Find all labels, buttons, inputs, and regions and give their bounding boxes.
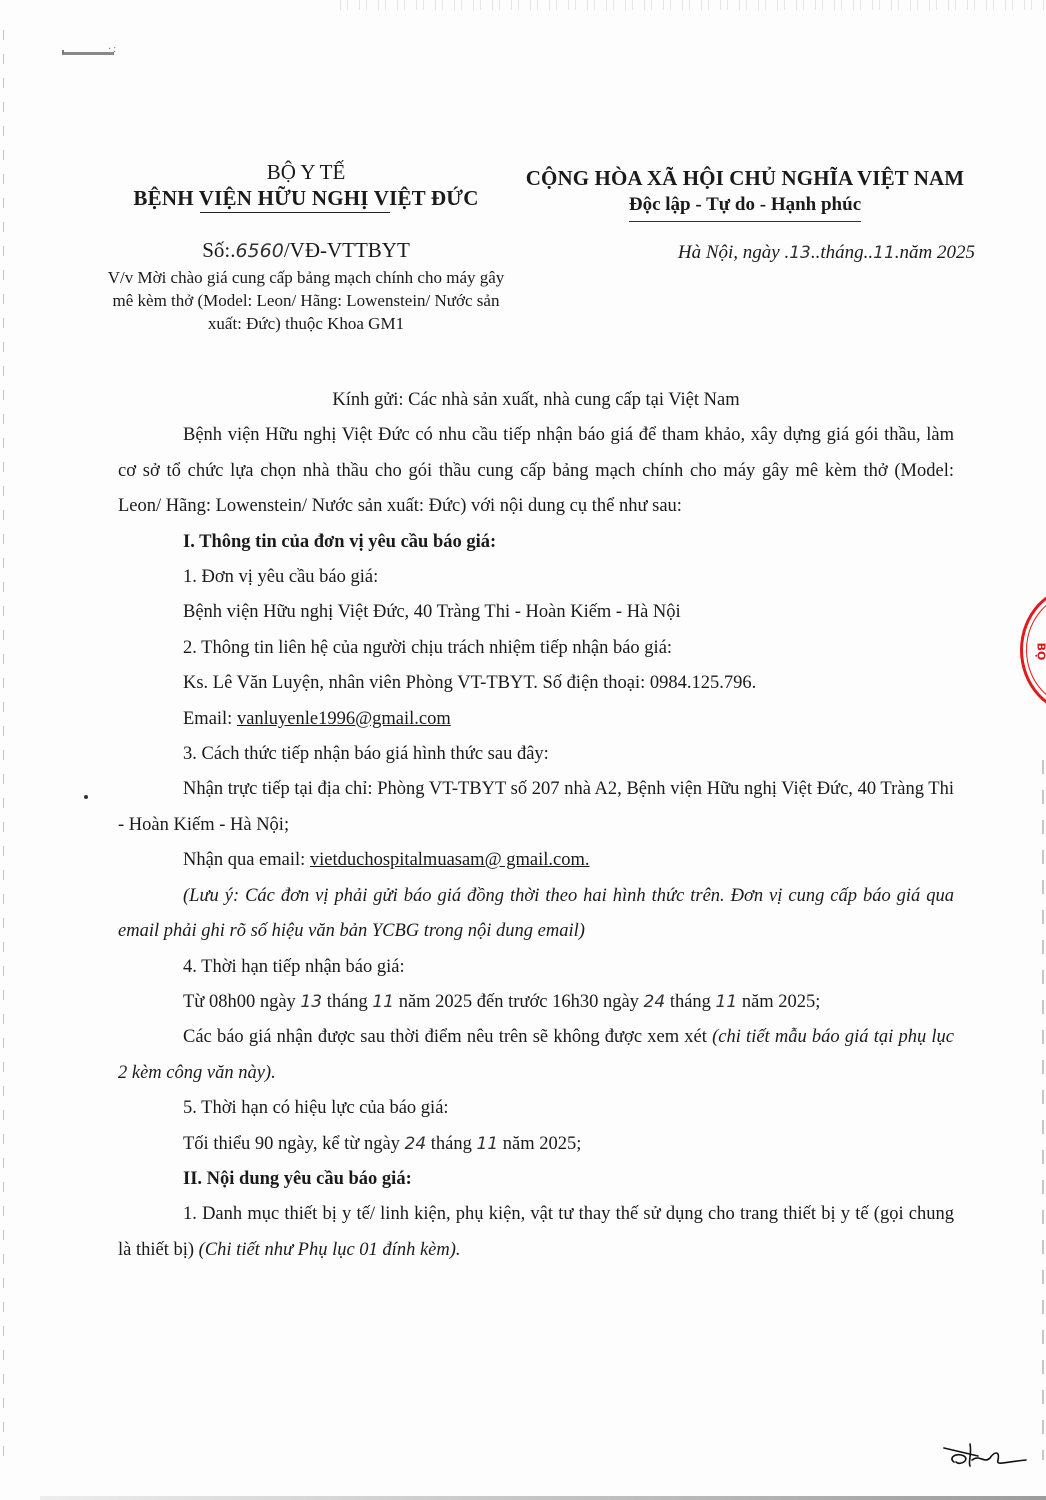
item-1-label: 1. Đơn vị yêu cầu báo giá:: [118, 560, 954, 595]
text-segment: tháng: [426, 1134, 476, 1154]
handwritten-validity-day: 24: [405, 1134, 427, 1154]
item-3-direct: Nhận trực tiếp tại địa chỉ: Phòng VT-TBY…: [118, 772, 954, 843]
item-2-email-line: Email: vanluyenle1996@gmail.com: [118, 702, 954, 737]
intro-paragraph: Bệnh viện Hữu nghị Việt Đức có nhu cầu t…: [118, 418, 954, 524]
national-header: CỘNG HÒA XÃ HỘI CHỦ NGHĨA VIỆT NAM Độc l…: [505, 164, 985, 222]
section-1-title: I. Thông tin của đơn vị yêu cầu báo giá:: [118, 525, 954, 560]
ministry-name: BỘ Y TẾ: [96, 160, 516, 184]
hospital-underline: [200, 212, 390, 213]
handwritten-day-from: 13: [300, 992, 322, 1012]
scan-artifact-bottom: [40, 1496, 1046, 1500]
text-segment: Tối thiểu 90 ngày, kể từ ngày: [183, 1134, 405, 1154]
date-day-handwritten: 13: [789, 243, 811, 263]
scan-corner-mark: [62, 50, 114, 55]
document-subject: V/v Mời chào giá cung cấp bảng mạch chín…: [96, 266, 516, 335]
handwritten-day-to: 24: [644, 992, 666, 1012]
date-month-handwritten: 11: [873, 243, 895, 263]
document-number-handwritten: 6560: [235, 240, 283, 262]
scan-corner-dots: ·:: [108, 44, 118, 55]
text-segment: Các báo giá nhận được sau thời điểm nêu …: [183, 1027, 712, 1047]
text-segment: tháng: [665, 992, 715, 1012]
scan-artifact-left: [3, 30, 4, 1470]
handwritten-validity-month: 11: [477, 1134, 499, 1154]
contact-email-link[interactable]: vanluyenle1996@gmail.com: [237, 709, 451, 729]
item-3-label: 3. Cách thức tiếp nhận báo giá hình thức…: [118, 737, 954, 772]
email-label: Nhận qua email:: [183, 850, 310, 870]
recipient-line: Kính gửi: Các nhà sản xuất, nhà cung cấp…: [118, 383, 954, 418]
national-motto: Độc lập - Tự do - Hạnh phúc: [629, 192, 861, 222]
item-2-contact: Ks. Lê Văn Luyện, nhân viên Phòng VT-TBY…: [118, 666, 954, 701]
document-body: Kính gửi: Các nhà sản xuất, nhà cung cấp…: [118, 383, 954, 1268]
month-label: ..tháng..: [811, 242, 873, 263]
submission-email-link[interactable]: vietduchospitalmuasam@ gmail.com.: [310, 850, 590, 870]
text-segment: năm 2025;: [737, 992, 820, 1012]
section-2-item-1: 1. Danh mục thiết bị y tế/ linh kiện, ph…: [118, 1197, 954, 1268]
document-number-suffix: /VĐ-VTTBYT: [284, 238, 410, 262]
item-5-validity: Tối thiểu 90 ngày, kể từ ngày 24 tháng 1…: [118, 1127, 954, 1162]
section-2-title: II. Nội dung yêu cầu báo giá:: [118, 1162, 954, 1197]
item-4-label: 4. Thời hạn tiếp nhận báo giá:: [118, 950, 954, 985]
item-4-note: Các báo giá nhận được sau thời điểm nêu …: [118, 1020, 954, 1091]
handwritten-month-to: 11: [716, 992, 738, 1012]
text-segment: Từ 08h00 ngày: [183, 992, 300, 1012]
text-segment: năm 2025 đến trước 16h30 ngày: [394, 992, 643, 1012]
handwritten-month-from: 11: [372, 992, 394, 1012]
document-number-prefix: Số:.: [202, 238, 235, 262]
scan-dot: [84, 795, 88, 799]
scan-artifact-top: [340, 0, 1046, 10]
year-label: .năm 2025: [895, 242, 975, 263]
hospital-name: BỆNH VIỆN HỮU NGHỊ VIỆT ĐỨC: [96, 184, 516, 212]
document-page: ·: BỘ Y TẾ BỆNH VIỆN HỮU NGHỊ VIỆT ĐỨC S…: [0, 0, 1046, 1500]
place-date: Hà Nội, ngày .13..tháng..11.năm 2025: [505, 240, 975, 266]
item-1-value: Bệnh viện Hữu nghị Việt Đức, 40 Tràng Th…: [118, 595, 954, 630]
item-2-label: 2. Thông tin liên hệ của người chịu trác…: [118, 631, 954, 666]
document-number: Số:.6560/VĐ-VTTBYT: [96, 237, 516, 264]
republic-title: CỘNG HÒA XÃ HỘI CHỦ NGHĨA VIỆT NAM: [505, 164, 985, 192]
place-prefix: Hà Nội, ngày .: [678, 242, 789, 263]
signature-icon: [940, 1440, 1030, 1470]
item-3-note: (Lưu ý: Các đơn vị phải gửi báo giá đồng…: [118, 879, 954, 950]
issuer-block: BỘ Y TẾ BỆNH VIỆN HỮU NGHỊ VIỆT ĐỨC Số:.…: [96, 160, 516, 335]
text-segment: tháng: [322, 992, 372, 1012]
scan-artifact-right: [1042, 760, 1044, 1460]
italic-segment: (Chi tiết như Phụ lục 01 đính kèm).: [199, 1240, 461, 1260]
email-label: Email:: [183, 709, 237, 729]
item-4-period: Từ 08h00 ngày 13 tháng 11 năm 2025 đến t…: [118, 985, 954, 1020]
item-3-email-line: Nhận qua email: vietduchospitalmuasam@ g…: [118, 843, 954, 878]
item-5-label: 5. Thời hạn có hiệu lực của báo giá:: [118, 1091, 954, 1126]
stamp-text: BỘ: [1034, 643, 1046, 661]
text-segment: năm 2025;: [498, 1134, 581, 1154]
